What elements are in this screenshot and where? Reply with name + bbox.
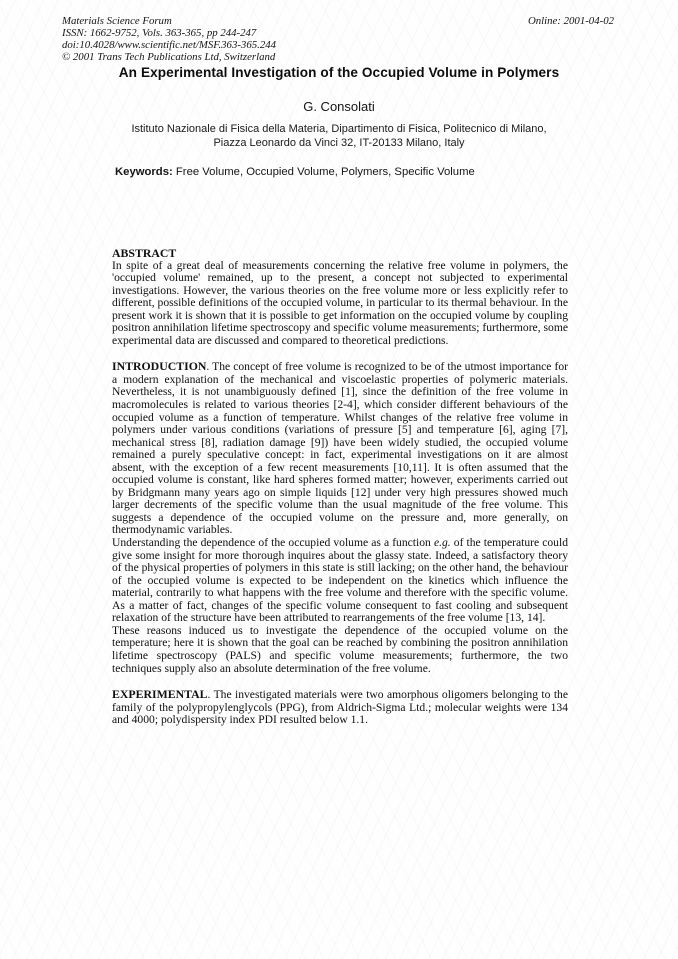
doi-line: doi:10.4028/www.scientific.net/MSF.363-3…	[62, 39, 276, 51]
abstract-heading: ABSTRACT	[112, 247, 568, 260]
experimental-paragraph: EXPERIMENTAL. The investigated materials…	[112, 688, 568, 727]
journal-header-left: Materials Science Forum ISSN: 1662-9752,…	[62, 15, 276, 63]
affiliation-line-1: Istituto Nazionale di Fisica della Mater…	[0, 122, 678, 136]
journal-header: Materials Science Forum ISSN: 1662-9752,…	[62, 15, 614, 63]
page-title: An Experimental Investigation of the Occ…	[0, 65, 678, 80]
introduction-paragraph-2-post: of the temperature could give some insig…	[112, 536, 568, 624]
keywords-label: Keywords:	[115, 166, 173, 178]
copyright-line: © 2001 Trans Tech Publications Ltd, Swit…	[62, 51, 276, 63]
introduction-paragraph-2-emphasis: e.g.	[434, 536, 451, 549]
introduction-paragraph-3: These reasons induced us to investigate …	[112, 625, 568, 675]
introduction-paragraph-1-text: . The concept of free volume is recogniz…	[112, 360, 568, 536]
experimental-heading: EXPERIMENTAL	[112, 687, 207, 701]
author-name: G. Consolati	[0, 99, 678, 114]
scanned-paper-page: Materials Science Forum ISSN: 1662-9752,…	[0, 0, 678, 959]
online-date: Online: 2001-04-02	[528, 15, 614, 27]
journal-title: Materials Science Forum	[62, 15, 276, 27]
introduction-paragraph-2-pre: Understanding the dependence of the occu…	[112, 536, 434, 549]
article-body: ABSTRACT In spite of a great deal of mea…	[112, 247, 568, 727]
affiliation: Istituto Nazionale di Fisica della Mater…	[0, 122, 678, 150]
abstract-paragraph: In spite of a great deal of measurements…	[112, 260, 568, 348]
introduction-paragraph-2: Understanding the dependence of the occu…	[112, 537, 568, 625]
introduction-paragraph-1: INTRODUCTION. The concept of free volume…	[112, 360, 568, 537]
affiliation-line-2: Piazza Leonardo da Vinci 32, IT-20133 Mi…	[0, 136, 678, 150]
keywords-row: Keywords: Free Volume, Occupied Volume, …	[115, 166, 598, 178]
keywords-text: Free Volume, Occupied Volume, Polymers, …	[173, 166, 475, 178]
issn-line: ISSN: 1662-9752, Vols. 363-365, pp 244-2…	[62, 27, 276, 39]
introduction-heading: INTRODUCTION	[112, 359, 206, 373]
